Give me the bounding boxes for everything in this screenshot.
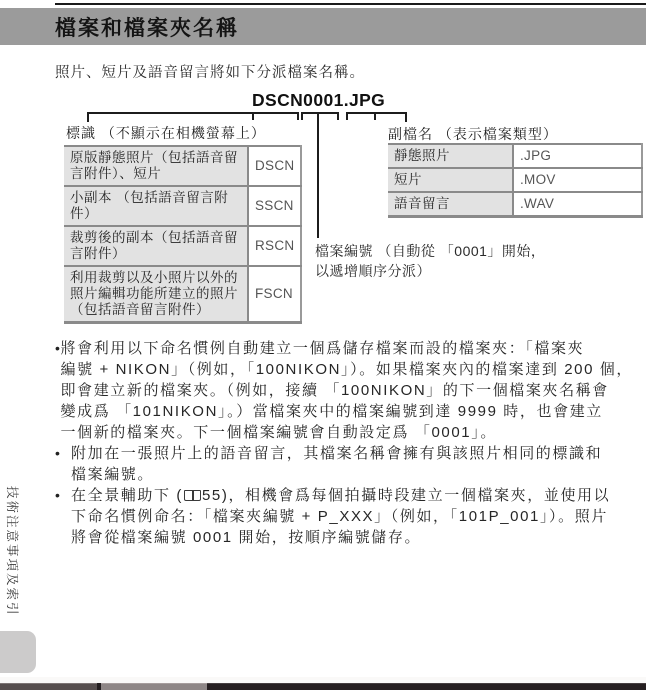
bullet-item: • 在全景輔助下 (55)，相機會爲每個拍攝時段建立一個檔案夾，並使用以 下命名… [55, 485, 633, 548]
sidebar-chapter-label: 技術注意事項及索引 [6, 486, 22, 628]
bottom-edge-segment-right [207, 683, 646, 690]
label-cell: 原版靜態照片（包括語音留言附件）、短片 [64, 146, 248, 186]
bullet-line: 即會建立新的檔案夾。（例如，接續 「100NIKON」的下一個檔案夾名稱會 [61, 380, 634, 401]
intro-text: 照片、短片及語音留言將如下分派檔案名稱。 [55, 61, 365, 82]
bullet-text: 將會利用以下命名慣例自動建立一個爲儲存檔案而設的檔案夾：「檔案夾 編號 + NI… [61, 338, 634, 443]
diagram-tick-number-end [337, 112, 339, 120]
page-title: 檔案和檔案夾名稱 [55, 12, 239, 42]
bullet-line-with-reference: 在全景輔助下 (55)，相機會爲每個拍攝時段建立一個檔案夾，並使用以 [71, 485, 633, 506]
table-row: 短片 .MOV [388, 168, 642, 192]
value-cell: FSCN [248, 266, 301, 323]
file-number-note: 檔案編號 （自動從 「0001」開始， 以遞增順序分派） [315, 241, 545, 281]
chapter-thumb-tab [0, 631, 36, 673]
label-cell: 語音留言 [388, 192, 513, 217]
value-cell: .JPG [513, 144, 642, 168]
bullet-line: 變成爲 「101NIKON」。）當檔案夾中的檔案編號到達 9999 時，也會建立 [61, 401, 634, 422]
bottom-edge-segment-middle [101, 683, 207, 690]
identifier-table: 原版靜態照片（包括語音留言附件）、短片 DSCN 小副本 （包括語音留言附件） … [64, 145, 302, 324]
filename-example: DSCN0001.JPG [252, 90, 385, 111]
bullet-line-pre: 在全景輔助下 ( [71, 487, 183, 504]
diagram-tick-dscn-start [252, 112, 254, 120]
bullet-text: 附加在一張照片上的語音留言，其檔案名稱會擁有與該照片相同的標識和 檔案編號。 [71, 443, 633, 485]
bullet-line: 一個新的檔案夾。下一個檔案編號會自動設定爲 「0001」。 [61, 422, 634, 443]
label-cell: 靜態照片 [388, 144, 513, 168]
page-header: 檔案和檔案夾名稱 [0, 8, 646, 45]
bullet-item: • 附加在一張照片上的語音留言，其檔案名稱會擁有與該照片相同的標識和 檔案編號。 [55, 443, 633, 485]
identifier-table-caption: 標識 （不顯示在相機螢幕上） [66, 123, 266, 143]
file-number-note-line: 以遞增順序分派） [315, 261, 545, 281]
bullet-item: • 將會利用以下命名慣例自動建立一個爲儲存檔案而設的檔案夾：「檔案夾 編號 + … [55, 338, 633, 443]
table-row: 原版靜態照片（包括語音留言附件）、短片 DSCN [64, 146, 301, 186]
bullet-line: 附加在一張照片上的語音留言，其檔案名稱會擁有與該照片相同的標識和 [71, 443, 633, 464]
page-reference-book-icon[interactable] [184, 490, 201, 501]
value-cell: .WAV [513, 192, 642, 217]
table-row: 語音留言 .WAV [388, 192, 642, 217]
table-row: 小副本 （包括語音留言附件） SSCN [64, 186, 301, 226]
table-row: 靜態照片 .JPG [388, 144, 642, 168]
bullet-text: 在全景輔助下 (55)，相機會爲每個拍攝時段建立一個檔案夾，並使用以 下命名慣例… [71, 485, 633, 548]
bullet-line: 檔案編號。 [71, 464, 633, 485]
bullet-line: 編號 + NIKON」（例如，「100NIKON」）。如果檔案夾內的檔案達到 2… [61, 359, 634, 380]
table-row: 裁剪後的副本（包括語音留言附件） RSCN [64, 226, 301, 266]
extension-table-caption: 副檔名 （表示檔案類型） [388, 124, 558, 144]
bullet-line: 將會從檔案編號 0001 開始，按順序編號儲存。 [71, 527, 633, 548]
label-cell: 利用裁剪以及小照片以外的照片編輯功能所建立的照片 （包括語音留言附件） [64, 266, 248, 323]
value-cell: SSCN [248, 186, 301, 226]
value-cell: RSCN [248, 226, 301, 266]
value-cell: DSCN [248, 146, 301, 186]
label-cell: 短片 [388, 168, 513, 192]
bullet-line-post: 55)，相機會爲每個拍攝時段建立一個檔案夾，並使用以 [202, 487, 610, 504]
bullet-marker: • [55, 485, 71, 548]
diagram-tick-number-start [301, 112, 303, 120]
diagram-tick-ext-start [346, 112, 348, 120]
diagram-tick-identifier-left [87, 112, 89, 122]
bullet-list: • 將會利用以下命名慣例自動建立一個爲儲存檔案而設的檔案夾：「檔案夾 編號 + … [55, 338, 633, 548]
diagram-tick-ext-end [374, 112, 376, 120]
label-cell: 小副本 （包括語音留言附件） [64, 186, 248, 226]
bottom-window-edge [0, 683, 646, 690]
diagram-line-extension [346, 112, 407, 114]
diagram-line-filenumber-pointer [317, 112, 319, 238]
bottom-edge-segment-left [0, 683, 97, 690]
top-rule [55, 3, 646, 5]
table-row: 利用裁剪以及小照片以外的照片編輯功能所建立的照片 （包括語音留言附件） FSCN [64, 266, 301, 323]
bullet-line: 將會利用以下命名慣例自動建立一個爲儲存檔案而設的檔案夾：「檔案夾 [61, 338, 634, 359]
diagram-line-identifier [87, 112, 299, 114]
file-number-note-line: 檔案編號 （自動從 「0001」開始， [315, 241, 545, 261]
label-cell: 裁剪後的副本（包括語音留言附件） [64, 226, 248, 266]
value-cell: .MOV [513, 168, 642, 192]
diagram-tick-dscn-end [297, 112, 299, 120]
manual-page: { "header": { "title": "檔案和檔案夾名稱" }, "in… [0, 0, 646, 690]
bullet-line: 下命名慣例命名：「檔案夾編號 + P_XXX」（例如，「101P_001」）。照… [71, 506, 633, 527]
diagram-tick-extension-corner [405, 112, 407, 122]
diagram-line-filenumber [301, 112, 339, 114]
extension-table: 靜態照片 .JPG 短片 .MOV 語音留言 .WAV [388, 143, 643, 218]
bullet-marker: • [55, 443, 71, 485]
